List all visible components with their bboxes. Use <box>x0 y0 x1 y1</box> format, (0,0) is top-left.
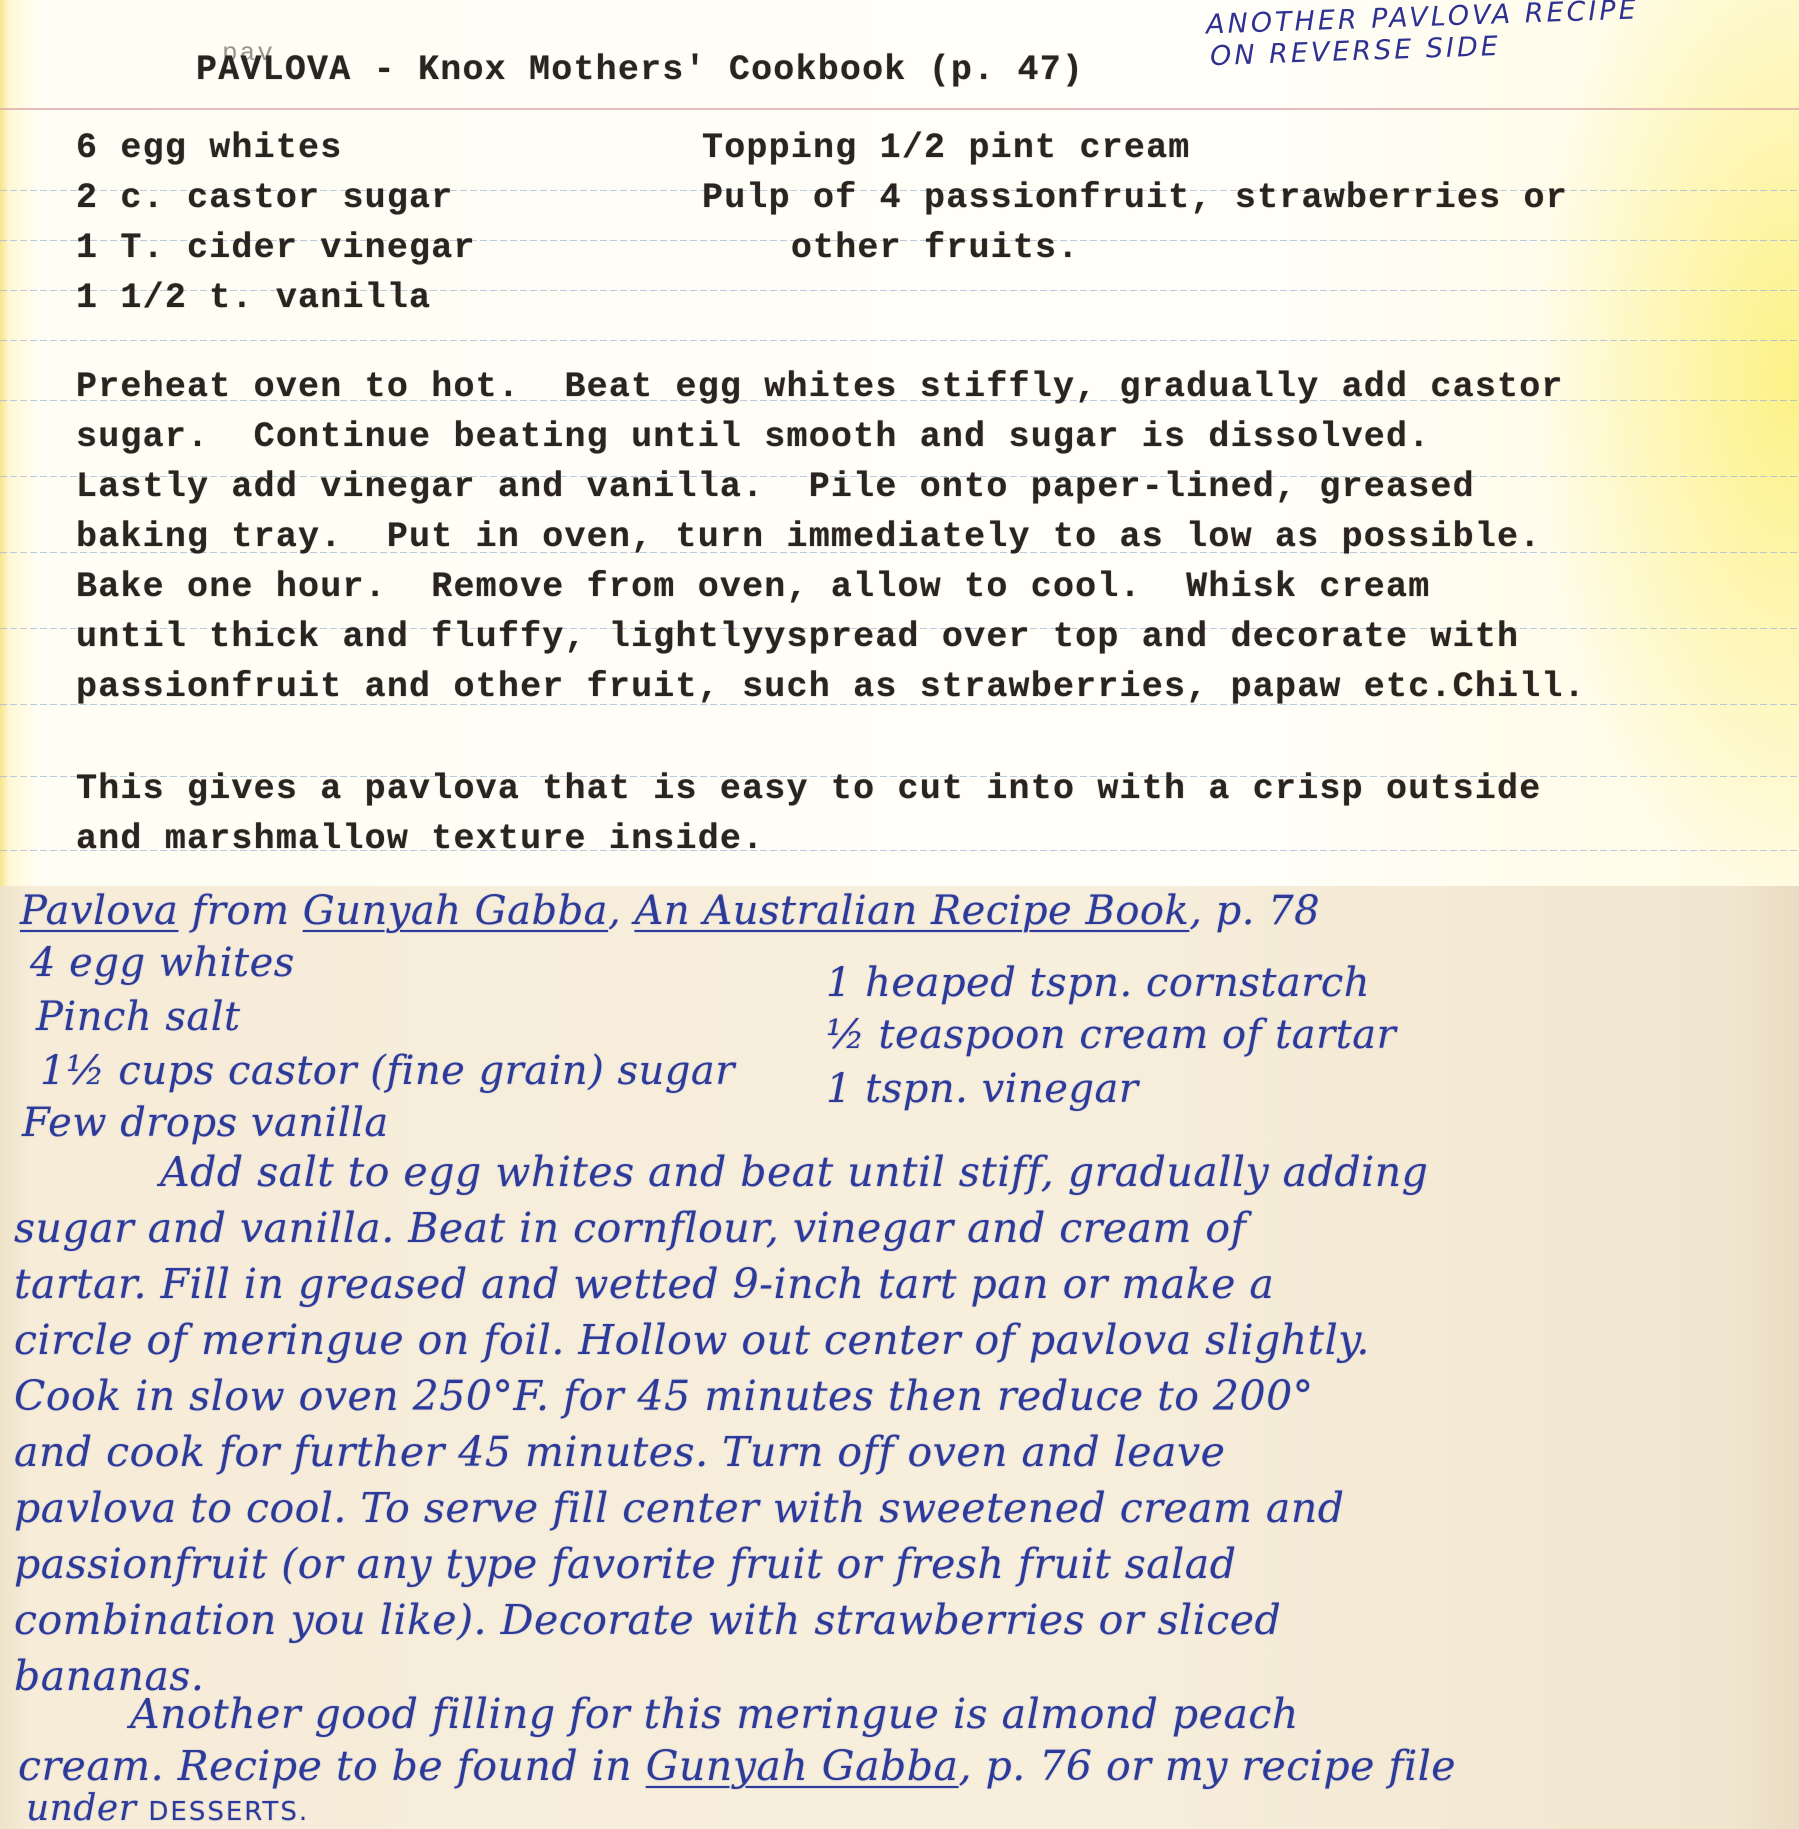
hw-ingredient-item: 1 heaped tspn. cornstarch <box>826 960 1370 1006</box>
hw-method-line: and cook for further 45 minutes. Turn of… <box>14 1428 1225 1476</box>
title-page: , p. 78 <box>1189 888 1320 934</box>
topping-item: Pulp of 4 passionfruit, strawberries or <box>702 178 1568 218</box>
ingredient-item: 2 c. castor sugar <box>76 178 453 218</box>
note-line: This gives a pavlova that is easy to cut… <box>76 764 1541 814</box>
card-ruled-line <box>0 340 1799 341</box>
hw-ingredient-item: 1½ cups castor (fine grain) sugar <box>40 1048 735 1094</box>
method-line: until thick and fluffy, lightlyyspread o… <box>76 612 1519 662</box>
hw-closing-line: cream. Recipe to be found in Gunyah Gabb… <box>18 1742 1456 1790</box>
hw-ingredient-item: 1 tspn. vinegar <box>826 1066 1138 1112</box>
hw-method-line: passionfruit (or any type favorite fruit… <box>14 1540 1236 1588</box>
closing-text: cream. Recipe to be found in <box>18 1742 646 1790</box>
hw-ingredient-item: Pinch salt <box>36 994 241 1040</box>
title-recipe-name: Pavlova <box>20 888 178 934</box>
title-book-name: Gunyah Gabba <box>303 888 608 934</box>
topping-item: Topping 1/2 pint cream <box>702 128 1190 168</box>
desserts-category: DESSERTS. <box>148 1797 309 1827</box>
title-book-subtitle: An Australian Recipe Book <box>634 888 1189 934</box>
hw-method-line: circle of meringue on foil. Hollow out c… <box>14 1316 1370 1364</box>
recipe-title: PAVLOVA - Knox Mothers' Cookbook (p. 47) <box>196 50 1084 90</box>
method-line: sugar. Continue beating until smooth and… <box>76 412 1430 462</box>
title-from: from <box>178 888 302 934</box>
hw-method-line: pavlova to cool. To serve fill center wi… <box>14 1484 1345 1532</box>
title-sep: , <box>608 888 634 934</box>
method-line: Bake one hour. Remove from oven, allow t… <box>76 562 1430 612</box>
method-line: passionfruit and other fruit, such as st… <box>76 662 1586 712</box>
hw-method-line: tartar. Fill in greased and wetted 9-inc… <box>14 1260 1274 1308</box>
closing-text: , p. 76 or my recipe file <box>958 1742 1456 1790</box>
hw-ingredient-item: 4 egg whites <box>30 940 295 986</box>
hw-closing-line: Another good filling for this meringue i… <box>130 1690 1299 1738</box>
card-header-rule <box>0 108 1799 110</box>
ingredient-item: 1 T. cider vinegar <box>76 228 476 268</box>
method-line: baking tray. Put in oven, turn immediate… <box>76 512 1541 562</box>
method-line: Lastly add vinegar and vanilla. Pile ont… <box>76 462 1475 512</box>
note-line: and marshmallow texture inside. <box>76 814 764 864</box>
hw-closing-line: under DESSERTS. <box>26 1788 309 1829</box>
hw-ingredient-item: ½ teaspoon cream of tartar <box>826 1012 1396 1058</box>
hw-method-line: sugar and vanilla. Beat in cornflour, vi… <box>14 1204 1246 1252</box>
topping-item: other fruits. <box>702 228 1079 268</box>
closing-book-name: Gunyah Gabba <box>646 1742 959 1790</box>
hw-method-line: Cook in slow oven 250°F. for 45 minutes … <box>14 1372 1314 1420</box>
closing-text: under <box>26 1788 148 1829</box>
hw-method-line: combination you like). Decorate with str… <box>14 1596 1281 1644</box>
handwritten-recipe-card: Pavlova from Gunyah Gabba, An Australian… <box>0 886 1799 1829</box>
hw-method-line: Add salt to egg whites and beat until st… <box>160 1148 1428 1196</box>
method-line: Preheat oven to hot. Beat egg whites sti… <box>76 362 1564 412</box>
ingredient-item: 6 egg whites <box>76 128 342 168</box>
handwritten-title: Pavlova from Gunyah Gabba, An Australian… <box>20 888 1320 934</box>
ingredient-item: 1 1/2 t. vanilla <box>76 278 431 318</box>
hw-ingredient-item: Few drops vanilla <box>22 1100 389 1146</box>
typed-recipe-card: pav PAVLOVA - Knox Mothers' Cookbook (p.… <box>0 0 1799 886</box>
